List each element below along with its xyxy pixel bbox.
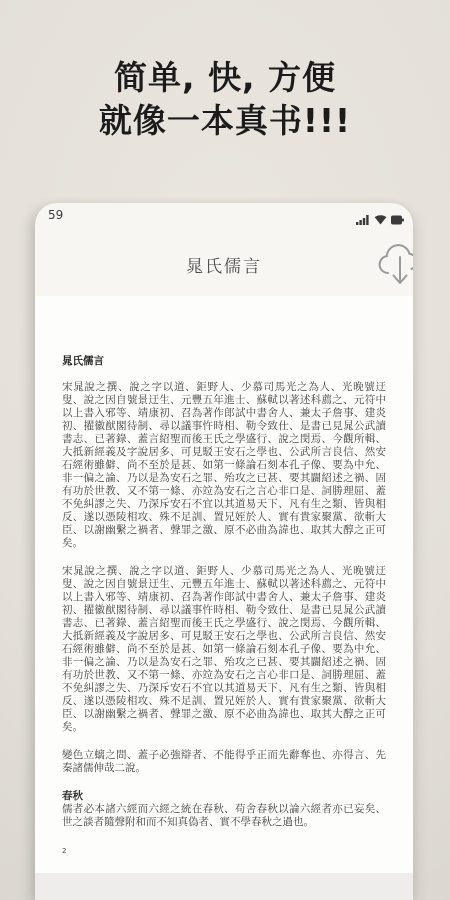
phone-mockup: 59 晁氏儒言 bbox=[35, 203, 413, 900]
reader-page[interactable]: 晁氏儒言 宋晁說之撰、說之字以道、鉅野人、少慕司馬光之為人、光晚號迂叟、說之因自… bbox=[35, 296, 413, 873]
signal-strength-icon bbox=[356, 210, 370, 229]
reader-footer-strip bbox=[35, 873, 413, 900]
section-title: 春秋 bbox=[62, 790, 386, 803]
page-paragraph-1: 宋晁說之撰、說之字以道、鉅野人、少慕司馬光之為人、光晚號迂叟、說之因自號景迂生、… bbox=[62, 381, 386, 550]
cloud-download-icon bbox=[373, 274, 413, 293]
promo-headline-line1: 简单, 快, 方便 bbox=[0, 56, 450, 99]
wifi-icon bbox=[374, 210, 387, 229]
status-clock: 59 bbox=[48, 208, 63, 222]
book-title: 晁氏儒言 bbox=[35, 252, 413, 277]
page-content: 晁氏儒言 宋晁說之撰、說之字以道、鉅野人、少慕司馬光之為人、光晚號迂叟、說之因自… bbox=[35, 296, 413, 855]
battery-icon bbox=[391, 210, 404, 229]
download-button[interactable] bbox=[373, 237, 413, 289]
section-text: 儒者必本諸六經而六經之統在春秋、苟舍春秋以論六經者亦已妄矣、世之談者隨聲附和而不… bbox=[62, 803, 386, 829]
promo-headline: 简单, 快, 方便 就像一本真书!!! bbox=[0, 56, 450, 142]
status-icons bbox=[356, 210, 404, 229]
page-number: 2 bbox=[62, 847, 386, 855]
page-paragraph-3: 變色立螭之問、蓋子必強辯者、不能得乎正而先辭奪也、亦得言、先秦諸儒伸哉二說。 bbox=[62, 749, 386, 775]
status-bar: 59 bbox=[35, 203, 413, 229]
page-heading: 晁氏儒言 bbox=[62, 353, 386, 368]
promo-headline-line2: 就像一本真书!!! bbox=[0, 99, 450, 142]
page-paragraph-2: 宋晁說之撰、說之字以道、鉅野人、少慕司馬光之為人、光晚號迂叟、說之因自號景迂生、… bbox=[62, 565, 386, 734]
